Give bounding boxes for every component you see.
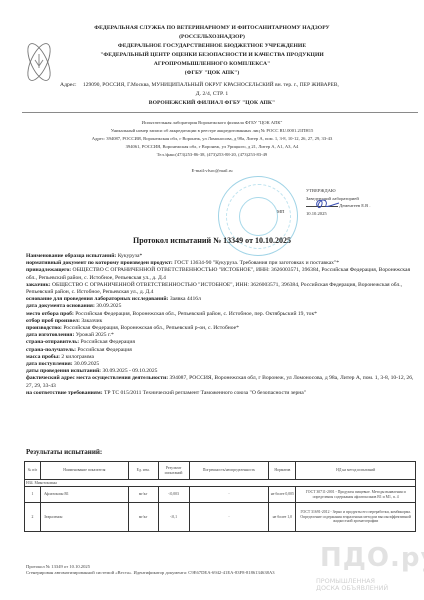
table-row: 2 Зеараленон мг/кг <0,1 - не более 1,0 Г… — [25, 503, 416, 532]
lab-phone: Тел./факс(473)253-86-38, (473)253-88-20,… — [0, 152, 424, 157]
header-address-label: Адрес: — [60, 82, 77, 88]
row-norm: не более 0,005 — [269, 487, 296, 503]
lab-email[interactable]: E-mail:vfsoc@mail.ru — [0, 168, 424, 173]
field-customer: заказчик: ОБЩЕСТВО С ОГРАНИЧЕННОЙ ОТВЕТС… — [26, 282, 418, 296]
col-method: НД на метод испытаний — [296, 462, 416, 480]
row-uncertainty: - — [189, 503, 269, 532]
approval-signatory: Дементеев Е.В . — [339, 203, 370, 208]
header-line-2: (РОССЕЛЬХОЗНАДЗОР) — [0, 34, 424, 40]
col-unit: Ед. изм. — [128, 462, 158, 480]
watermark-brand: ПДО.ру — [320, 543, 424, 573]
col-norm: Норматив — [269, 462, 296, 480]
row-uncertainty: - — [189, 487, 269, 503]
field-sender-country: страна-отправитель: Российская Федерация — [26, 339, 418, 346]
footer-generated-note: Сгенерирован автоматизированной системой… — [26, 570, 275, 576]
row-method: ГОСТ 30711-2001 - Продукты пищевые. Мето… — [296, 487, 416, 503]
field-recipient-country: страна-получатель: Российская Федерация — [26, 347, 418, 354]
document-footer: Протокол № 13349 от 10.10.2025 Сгенериро… — [26, 564, 275, 576]
row-num: 2 — [25, 503, 41, 532]
col-num: № п/п — [25, 462, 41, 480]
header-address-line2: Д. 2/4, СТР. 1 — [0, 91, 424, 97]
watermark-caption: ПРОМЫШЛЕННАЯ ДОСКА ОБЪЯВЛЕНИЙ — [316, 578, 388, 592]
field-actual-address: фактический адрес места осуществления де… — [26, 375, 418, 389]
header-divider — [22, 112, 418, 113]
table-row: 1 Афлатоксин B1 мг/кг <0,003 - не более … — [25, 487, 416, 503]
stamp-label: МП — [277, 209, 284, 214]
fields-block: Наименование образца испытаний: Кукуруза… — [26, 253, 418, 397]
lab-address-line1: Адрес: 394087, РОССИЯ, Воронежская обл, … — [0, 136, 424, 141]
field-sampling-place: место отбора проб: Российская Федерация,… — [26, 311, 418, 318]
group-label: НЗ4. Микотоксины — [25, 480, 416, 487]
field-sampled-by: отбор проб произвел: Заказчик — [26, 318, 418, 325]
row-indicator: Зеараленон — [40, 503, 128, 532]
header-line-4: "ФЕДЕРАЛЬНЫЙ ЦЕНТР ОЦЕНКИ БЕЗОПАСНОСТИ И… — [0, 52, 424, 58]
protocol-title: Протокол испытаний № 13349 от 10.10.2025 — [0, 236, 424, 245]
row-indicator: Афлатоксин B1 — [40, 487, 128, 503]
header-line-5: АГРОПРОМЫШЛЕННОГО КОМПЛЕКСА" — [0, 61, 424, 67]
watermark-line2: ДОСКА ОБЪЯВЛЕНИЙ — [316, 585, 388, 592]
row-num: 1 — [25, 487, 41, 503]
table-group-row: НЗ4. Микотоксины — [25, 480, 416, 487]
field-requirements: на соответствие требованиям: ТР ТС 015/2… — [26, 390, 418, 397]
col-result: Результат испытаний — [158, 462, 189, 480]
row-norm: не более 1,0 — [269, 503, 296, 532]
row-result: <0,003 — [158, 487, 189, 503]
stamp-center — [239, 197, 278, 236]
lab-address-line2: 394061, РОССИЯ, Воронежская обл, г Ворон… — [0, 144, 424, 149]
lab-accreditation: Уникальный номер записи об аккредитации … — [0, 128, 424, 133]
approval-title: УТВЕРЖДАЮ — [306, 187, 371, 195]
header-line-1: ФЕДЕРАЛЬНАЯ СЛУЖБА ПО ВЕТЕРИНАРНОМУ И ФИ… — [0, 25, 424, 31]
branch-name: ВОРОНЕЖСКИЙ ФИЛИАЛ ФГБУ "ЦОК АПК" — [0, 100, 424, 106]
results-title: Результаты испытаний: — [26, 448, 102, 456]
field-sample-mass: масса пробы: 2 килограмма — [26, 354, 418, 361]
lab-name: Испытательная лаборатория Воронежского ф… — [0, 120, 424, 125]
field-basis: основание для проведения лабораторных ис… — [26, 296, 418, 303]
field-owner: принадлежащего: ОБЩЕСТВО С ОГРАНИЧЕННОЙ … — [26, 267, 418, 281]
results-table: № п/п Наименование показателя Ед. изм. Р… — [24, 461, 416, 532]
row-unit: мг/кг — [128, 487, 158, 503]
row-unit: мг/кг — [128, 503, 158, 532]
signature-icon — [313, 197, 341, 211]
header-address-line1: 129090, РОССИЯ, Г.Москва, МУНИЦИПАЛЬНЫЙ … — [83, 82, 339, 88]
row-method: ГОСТ 31691-2012 - Зерно и продукты его п… — [296, 503, 416, 532]
header-line-3: ФЕДЕРАЛЬНОЕ ГОСУДАРСТВЕННОЕ БЮДЖЕТНОЕ УЧ… — [0, 43, 424, 49]
field-basis-date: дата документа основания: 30.09.2025 — [26, 303, 418, 310]
col-uncertainty: Погрешность/неопределенность — [189, 462, 269, 480]
row-result: <0,1 — [158, 503, 189, 532]
col-indicator: Наименование показателя — [40, 462, 128, 480]
watermark: ПДО.ру ПРОМЫШЛЕННАЯ ДОСКА ОБЪЯВЛЕНИЙ — [312, 545, 422, 595]
table-header-row: № п/п Наименование показателя Ед. изм. Р… — [25, 462, 416, 480]
header-line-6: (ФГБУ "ЦОК АПК") — [0, 70, 424, 76]
